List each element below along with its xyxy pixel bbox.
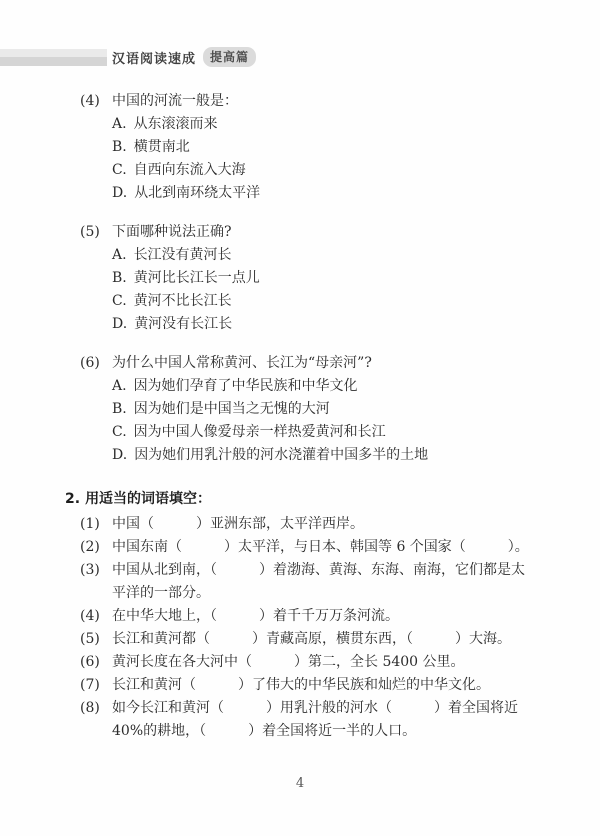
answer-option: A. 长江没有黄河长 [112,244,558,267]
fill-blank-section: 2.用适当的词语填空： (1) 中国（ ）亚洲东部，太平洋西岸。 (2) 中国东… [80,488,558,743]
option-label: A. [112,113,127,136]
fill-blank-item-5: (5) 长江和黄河都（ ）青藏高原，横贯东西，（ ）大海。 [80,628,558,651]
answer-option: A. 从东滚滚而来 [112,113,558,136]
question-line: (5) 下面哪种说法正确? [80,221,558,244]
header-bar-top-stripe [0,49,107,57]
header-decoration-bar [0,49,107,66]
fill-blank-item-2: (2) 中国东南（ ）太平洋，与日本、韩国等 6 个国家（ ）。 [80,536,558,559]
fill-blank-item-7: (7) 长江和黄河（ ）了伟大的中华民族和灿烂的中华文化。 [80,674,558,697]
header-bar-bottom-stripe [0,57,107,66]
option-label: C. [112,290,127,313]
item-number: (3) [80,559,112,605]
item-text: 中国东南（ ）太平洋，与日本、韩国等 6 个国家（ ）。 [112,536,558,559]
question-number: (6) [80,352,112,375]
item-line: 在中华大地上，（ ）着千千万万条河流。 [112,605,558,628]
option-text: 因为她们是中国当之无愧的大河 [134,398,330,421]
answer-option: D. 从北到南环绕太平洋 [112,182,558,205]
multiple-choice-section: (4) 中国的河流一般是： A. 从东滚滚而来 B. 横贯南北 C. 自西向东流… [80,90,558,467]
question-text: 为什么中国人常称黄河、长江为“母亲河”? [112,352,372,375]
section-title: 用适当的词语填空： [85,491,211,507]
option-label: B. [112,267,127,290]
option-label: B. [112,398,127,421]
question-line: (6) 为什么中国人常称黄河、长江为“母亲河”? [80,352,558,375]
fill-blank-item-4: (4) 在中华大地上，（ ）着千千万万条河流。 [80,605,558,628]
item-text: 如今长江和黄河（ ）用乳汁般的河水（ ）着全国将近 40%的耕地，（ ）着全国将… [112,697,558,743]
answer-option: B. 黄河比长江长一点儿 [112,267,558,290]
item-line: 中国（ ）亚洲东部，太平洋西岸。 [112,513,558,536]
answer-option: C. 因为中国人像爱母亲一样热爱黄河和长江 [112,421,558,444]
page-number: 4 [0,776,600,791]
item-text: 中国从北到南，（ ）着渤海、黄海、东海、南海，它们都是太 平洋的一部分。 [112,559,558,605]
item-number: (4) [80,605,112,628]
item-line: 如今长江和黄河（ ）用乳汁般的河水（ ）着全国将近 [112,697,558,720]
item-text: 黄河长度在各大河中（ ）第二，全长 5400 公里。 [112,651,558,674]
fill-blank-item-1: (1) 中国（ ）亚洲东部，太平洋西岸。 [80,513,558,536]
options-list: A. 长江没有黄河长 B. 黄河比长江长一点儿 C. 黄河不比长江长 D. 黄河… [80,244,558,336]
question-text: 中国的河流一般是： [112,90,238,113]
question-block-6: (6) 为什么中国人常称黄河、长江为“母亲河”? A. 因为她们孕育了中华民族和… [80,352,558,467]
options-list: A. 因为她们孕育了中华民族和中华文化 B. 因为她们是中国当之无愧的大河 C.… [80,375,558,467]
item-number: (2) [80,536,112,559]
option-text: 因为她们用乳汁般的河水浇灌着中国多半的土地 [134,444,428,467]
answer-option: D. 因为她们用乳汁般的河水浇灌着中国多半的土地 [112,444,558,467]
option-label: D. [112,444,127,467]
option-label: A. [112,244,127,267]
item-text: 长江和黄河都（ ）青藏高原，横贯东西，（ ）大海。 [112,628,558,651]
option-text: 黄河没有长江长 [134,313,232,336]
answer-option: B. 因为她们是中国当之无愧的大河 [112,398,558,421]
page-content: (4) 中国的河流一般是： A. 从东滚滚而来 B. 横贯南北 C. 自西向东流… [80,90,558,743]
option-label: A. [112,375,127,398]
answer-option: C. 黄河不比长江长 [112,290,558,313]
fill-blank-item-8: (8) 如今长江和黄河（ ）用乳汁般的河水（ ）着全国将近 40%的耕地，（ ）… [80,697,558,743]
question-block-5: (5) 下面哪种说法正确? A. 长江没有黄河长 B. 黄河比长江长一点儿 C.… [80,221,558,336]
option-text: 黄河比长江长一点儿 [134,267,260,290]
question-block-4: (4) 中国的河流一般是： A. 从东滚滚而来 B. 横贯南北 C. 自西向东流… [80,90,558,205]
item-line: 中国从北到南，（ ）着渤海、黄海、东海、南海，它们都是太 [112,559,558,582]
option-text: 长江没有黄河长 [134,244,232,267]
item-number: (1) [80,513,112,536]
item-line: 平洋的一部分。 [112,582,558,605]
fill-blank-item-3: (3) 中国从北到南，（ ）着渤海、黄海、东海、南海，它们都是太 平洋的一部分。 [80,559,558,605]
item-line: 长江和黄河（ ）了伟大的中华民族和灿烂的中华文化。 [112,674,558,697]
answer-option: B. 横贯南北 [112,136,558,159]
option-label: D. [112,313,127,336]
edition-badge: 提高篇 [203,47,256,67]
item-number: (8) [80,697,112,743]
option-text: 因为中国人像爱母亲一样热爱黄河和长江 [134,421,386,444]
item-line: 长江和黄河都（ ）青藏高原，横贯东西，（ ）大海。 [112,628,558,651]
options-list: A. 从东滚滚而来 B. 横贯南北 C. 自西向东流入大海 D. 从北到南环绕太… [80,113,558,205]
item-text: 在中华大地上，（ ）着千千万万条河流。 [112,605,558,628]
option-text: 因为她们孕育了中华民族和中华文化 [134,375,358,398]
question-text: 下面哪种说法正确? [112,221,232,244]
option-text: 自西向东流入大海 [134,159,246,182]
option-text: 从东滚滚而来 [134,113,218,136]
option-text: 横贯南北 [134,136,190,159]
item-text: 长江和黄河（ ）了伟大的中华民族和灿烂的中华文化。 [112,674,558,697]
item-text: 中国（ ）亚洲东部，太平洋西岸。 [112,513,558,536]
option-label: C. [112,421,127,444]
option-label: D. [112,182,127,205]
item-line: 中国东南（ ）太平洋，与日本、韩国等 6 个国家（ ）。 [112,536,558,559]
fill-blank-item-6: (6) 黄河长度在各大河中（ ）第二，全长 5400 公里。 [80,651,558,674]
item-number: (6) [80,651,112,674]
answer-option: C. 自西向东流入大海 [112,159,558,182]
section-number: 2. [65,491,80,507]
fill-blank-section-heading: 2.用适当的词语填空： [65,488,558,511]
option-label: C. [112,159,127,182]
running-head: 汉语阅读速成 提高篇 [112,46,256,68]
item-line: 黄河长度在各大河中（ ）第二，全长 5400 公里。 [112,651,558,674]
item-number: (7) [80,674,112,697]
book-title: 汉语阅读速成 [112,48,196,67]
option-text: 黄河不比长江长 [134,290,232,313]
question-line: (4) 中国的河流一般是： [80,90,558,113]
question-number: (5) [80,221,112,244]
item-number: (5) [80,628,112,651]
answer-option: D. 黄河没有长江长 [112,313,558,336]
book-page: 汉语阅读速成 提高篇 (4) 中国的河流一般是： A. 从东滚滚而来 B. [0,0,600,836]
option-text: 从北到南环绕太平洋 [134,182,260,205]
item-line: 40%的耕地，（ ）着全国将近一半的人口。 [112,720,558,743]
question-number: (4) [80,90,112,113]
option-label: B. [112,136,127,159]
answer-option: A. 因为她们孕育了中华民族和中华文化 [112,375,558,398]
